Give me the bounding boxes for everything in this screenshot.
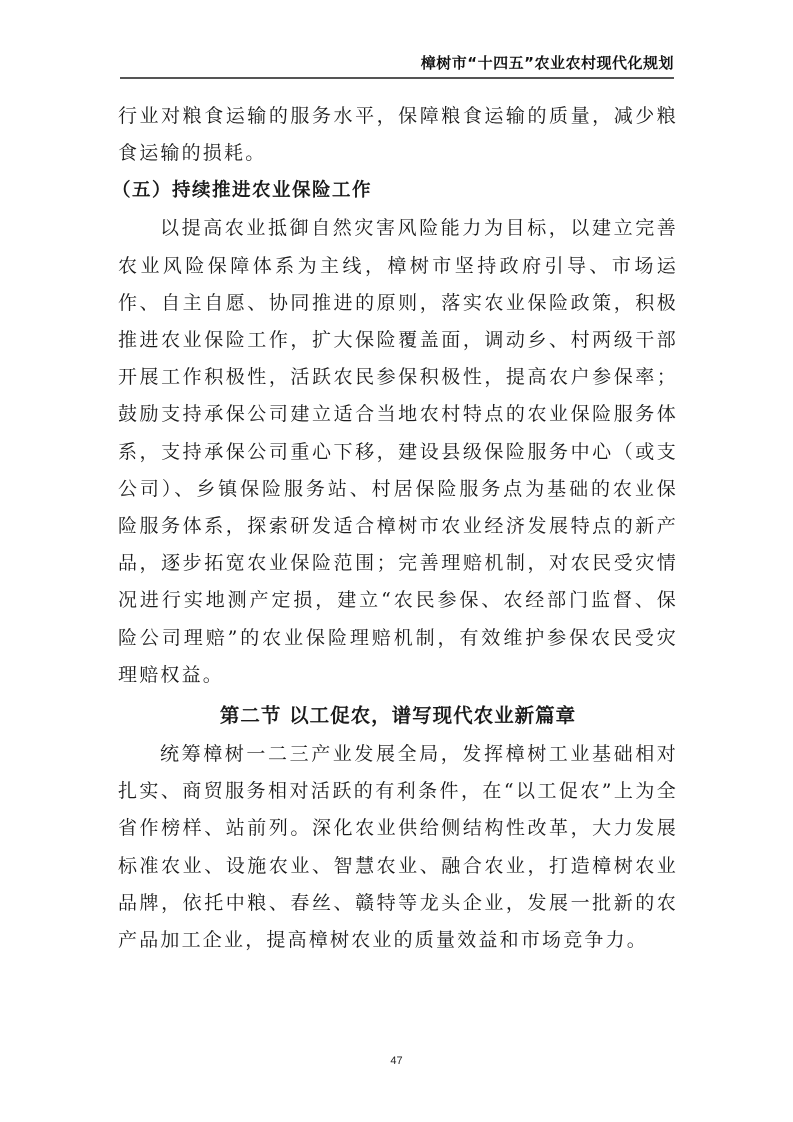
continued-paragraph: 行业对粮食运输的服务水平，保障粮食运输的质量，减少粮食运输的损耗。 (118, 98, 678, 172)
page-header: 樟树市“十四五”农业农村现代化规划 (120, 48, 674, 79)
page-number: 47 (0, 1055, 793, 1067)
section-paragraph: 统筹樟树一二三产业发展全局，发挥樟树工业基础相对扎实、商贸服务相对活跃的有利条件… (118, 736, 678, 959)
document-title: 樟树市“十四五”农业农村现代化规划 (421, 52, 674, 73)
subsection-paragraph: 以提高农业抵御自然灾害风险能力为目标，以建立完善农业风险保障体系为主线，樟树市坚… (118, 210, 678, 694)
section-heading: 第二节 以工促农，谱写现代农业新篇章 (118, 694, 678, 736)
subsection-heading: （五）持续推进农业保险工作 (112, 172, 678, 210)
page-body: 行业对粮食运输的服务水平，保障粮食运输的质量，减少粮食运输的损耗。 （五）持续推… (118, 98, 678, 959)
